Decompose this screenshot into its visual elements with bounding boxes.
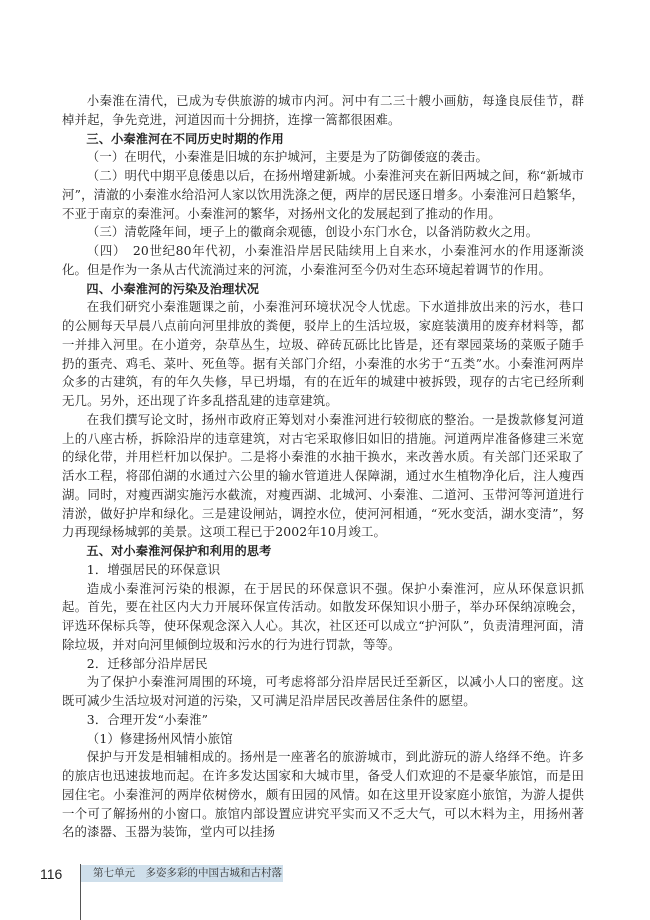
paragraph-environmental-awareness: 造成小秦淮河污染的根源，在于居民的环保意识不强。保护小秦淮河，应从环保意识抓起。… — [62, 580, 584, 655]
item-3-1: （一）在明代，小秦淮是旧城的东护城河，主要是为了防御倭寇的袭击。 — [62, 148, 584, 167]
subheading-5-3: 3．合理开发“小秦淮” — [62, 711, 584, 730]
subheading-5-3-1: （1）修建扬州风情小旅馆 — [62, 730, 584, 749]
item-3-2: （二）明代中期平息倭患以后，在扬州增建新城。小秦淮河夹在新旧两城之间，称“新城市… — [62, 167, 584, 223]
paragraph-qing-dynasty-continued: 小秦淮在清代，已成为专供旅游的城市内河。河中有二三十艘小画舫，每逢良辰佳节，群棹… — [62, 92, 584, 130]
section-heading-4: 四、小秦淮河的污染及治理状况 — [62, 280, 584, 299]
section-heading-5: 五、对小秦淮河保护和利用的思考 — [62, 542, 584, 561]
item-3-4: （四） 20世纪80年代初，小秦淮沿岸居民陆续用上自来水，小秦淮河水的作用逐渐淡… — [62, 242, 584, 280]
paragraph-relocation: 为了保护小秦淮河周围的环境，可考虑将部分沿岸居民迁至新区，以减小人口的密度。这既… — [62, 673, 584, 711]
subheading-5-1: 1．增强居民的环保意识 — [62, 561, 584, 580]
footer-unit-title: 第七单元 多姿多彩的中国古城和古村落 — [81, 865, 283, 882]
page-body: 小秦淮在清代，已成为专供旅游的城市内河。河中有二三十艘小画舫，每逢良辰佳节，群棹… — [62, 92, 584, 842]
page-number: 116 — [40, 866, 62, 882]
subheading-5-2: 2．迁移部分沿岸居民 — [62, 655, 584, 674]
item-3-3: （三）清乾隆年间，埂子上的徽商余观德，创设小东门水仓，以备消防救火之用。 — [62, 223, 584, 242]
paragraph-remediation: 在我们撰写论文时，扬州市政府正筹划对小秦淮河进行较彻底的整治。一是拨款修复河道上… — [62, 411, 584, 542]
paragraph-pollution-status: 在我们研究小秦淮题课之前，小秦淮河环境状况令人忧虑。下水道排放出来的污水，巷口的… — [62, 298, 584, 411]
section-heading-3: 三、小秦淮河在不同历史时期的作用 — [62, 130, 584, 149]
paragraph-guesthouse: 保护与开发是相辅相成的。扬州是一座著名的旅游城市，到此游玩的游人络绎不绝。许多的… — [62, 748, 584, 842]
